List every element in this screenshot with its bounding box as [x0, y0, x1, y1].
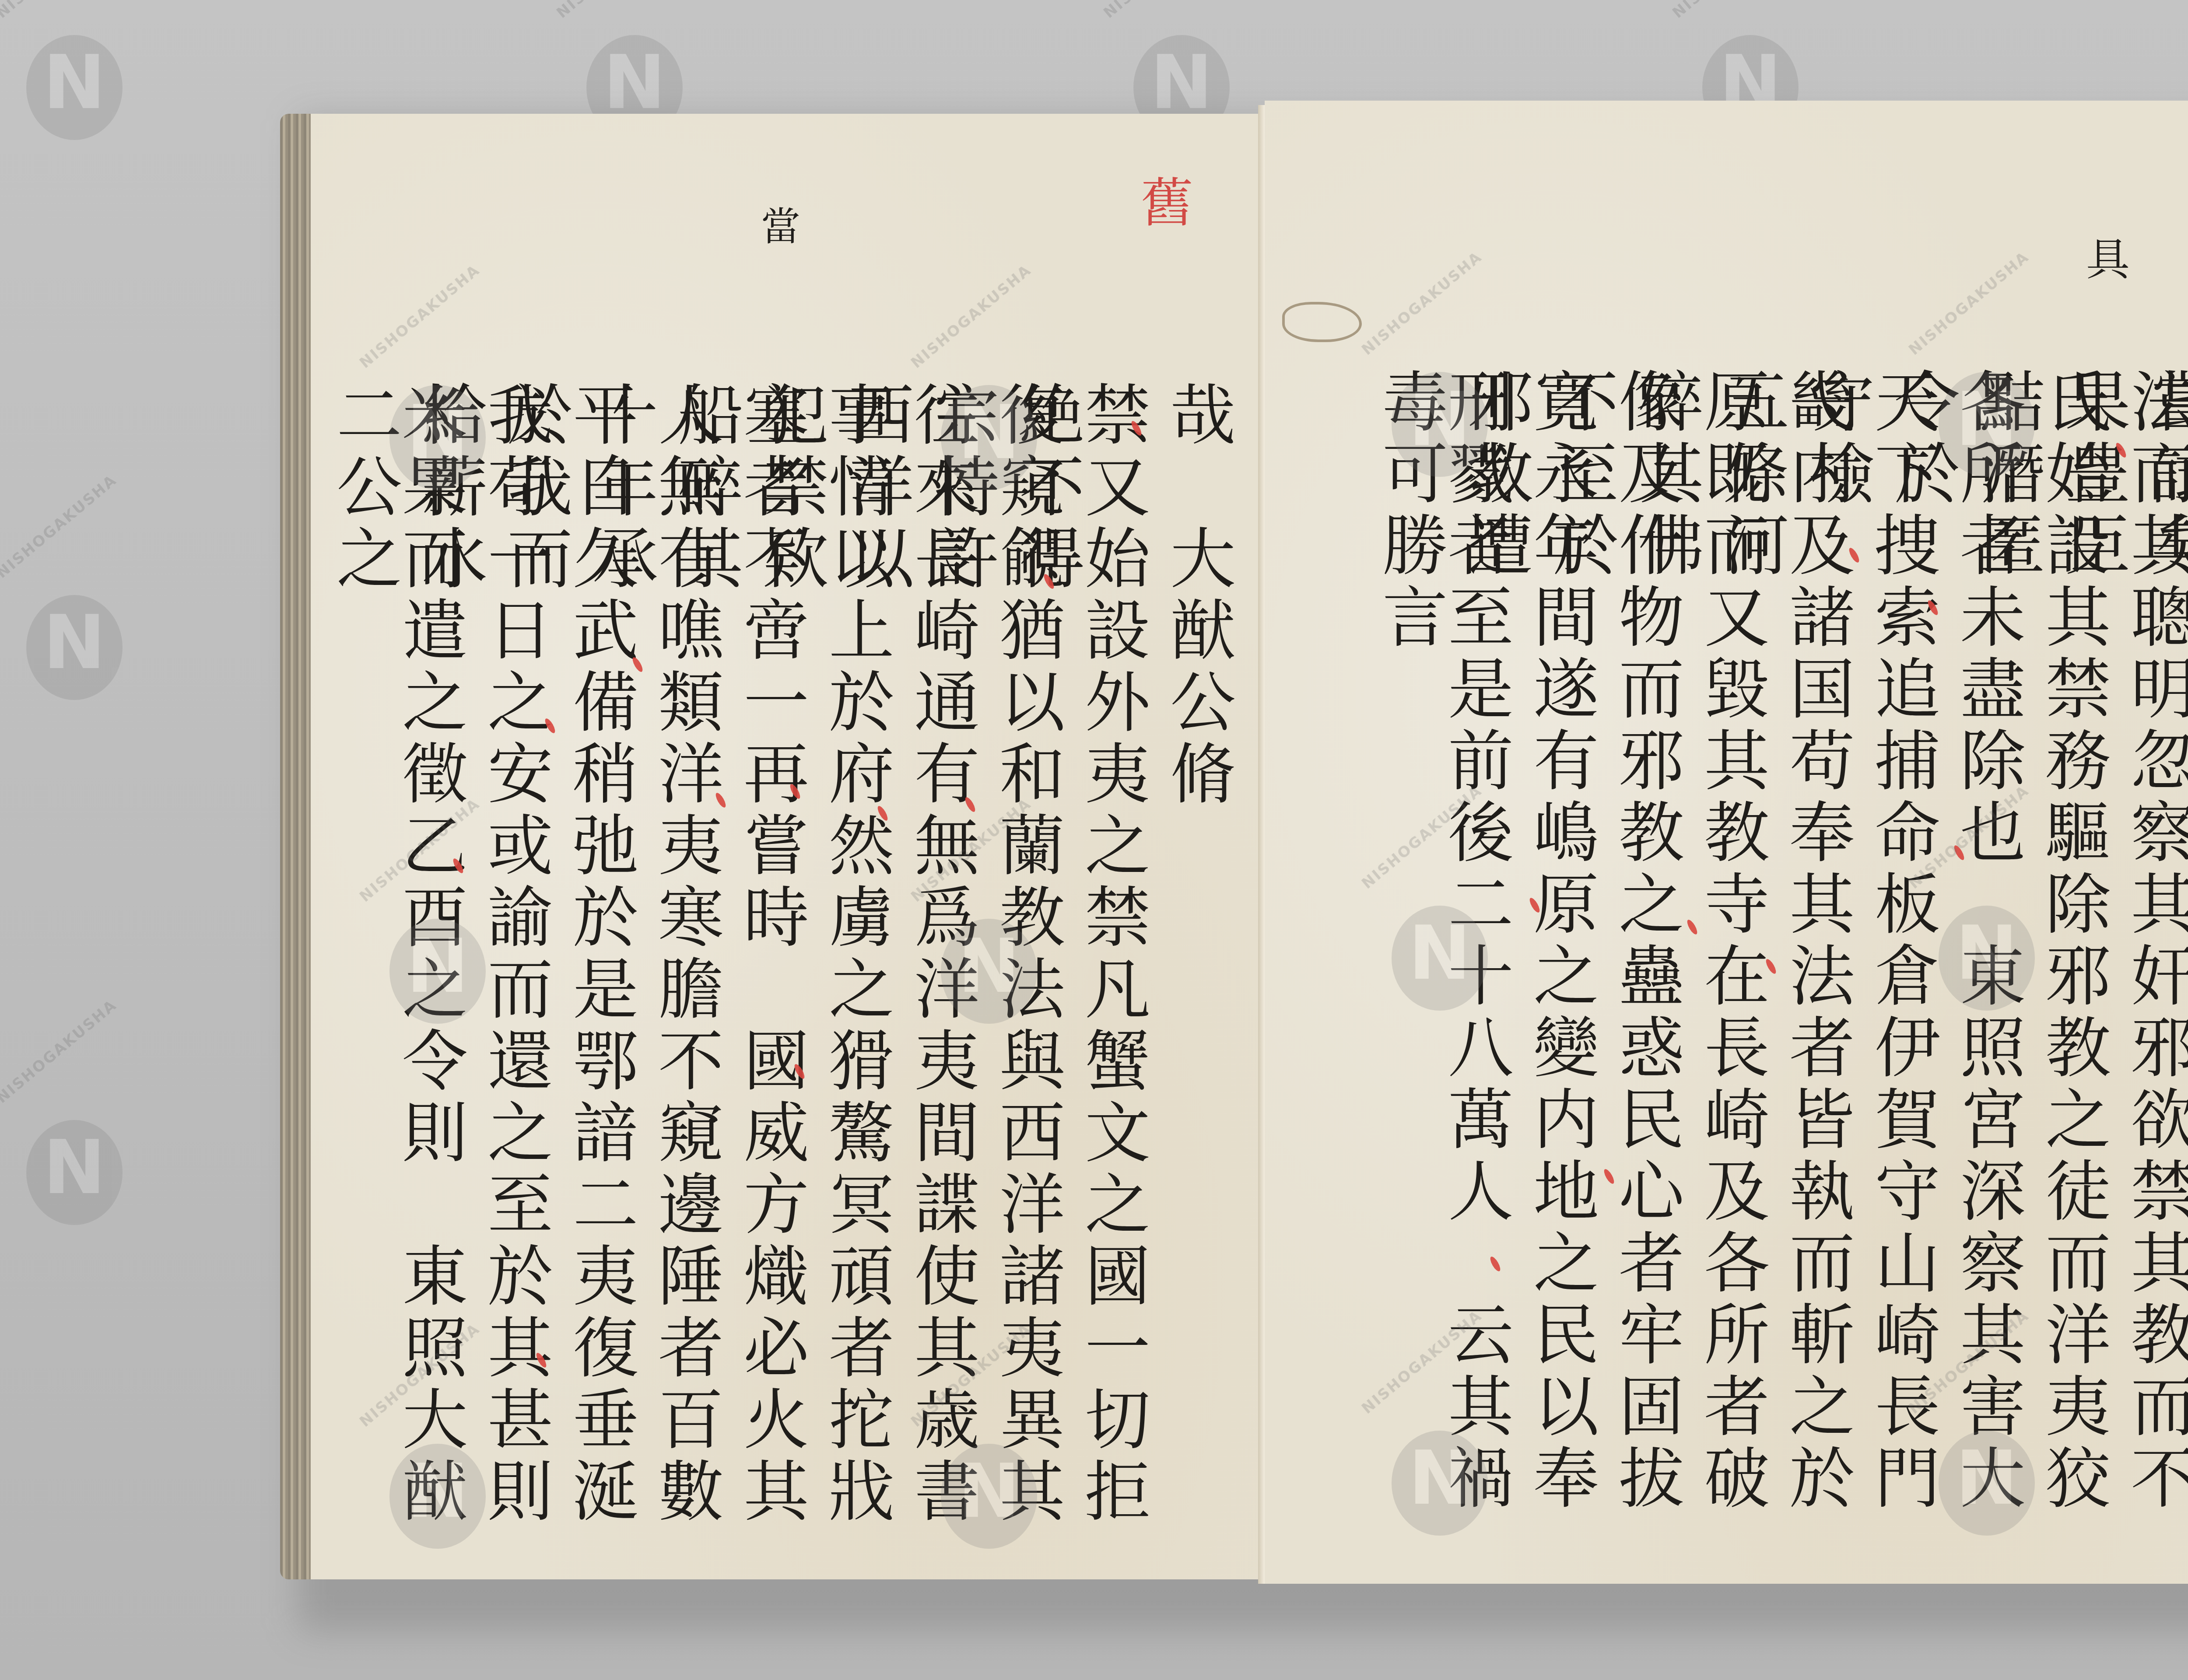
watermark-logo: NNISHOGAKUSHA [1374, 346, 1505, 477]
watermark-logo: NNISHOGAKUSHA [923, 1417, 1055, 1549]
right-text-columns: 津守亦奉其法而布之於国中織田氏亦嘗試矣 法而其聰明忽察其奸邪欲禁其教而不果豊臣 … [1422, 367, 2188, 1549]
watermark-logo: N NISHOGAKUSHA [9, 9, 140, 140]
text-column: 哉 大猷公脩 [1144, 381, 1230, 1562]
watermark-logo: NNISHOGAKUSHA [9, 1094, 140, 1225]
right-page: 具 津守亦奉其法而布之於国中織田氏亦嘗試矣 法而其聰明忽察其奸邪欲禁其教而不果豊… [1265, 101, 2188, 1584]
header-char: 當 [748, 206, 805, 245]
open-book: 舊 當 哉 大猷公脩 禁又始設外夷之禁凡蟹文之國一切拒絶不得 復窺覦猶以和蘭教法… [280, 101, 2188, 1597]
text-column: 禁又始設外夷之禁凡蟹文之國一切拒絶不得 [1059, 381, 1144, 1562]
watermark-logo: NNISHOGAKUSHA [1374, 1404, 1505, 1536]
watermark-logo: NNISHOGAKUSHA [372, 359, 503, 490]
text-column: 畿内及諸国苟奉其法者皆執而斬之於五條河 [1764, 367, 1849, 1549]
watermark-logo: NNISHOGAKUSHA [9, 569, 140, 700]
watermark-logo: NNISHOGAKUSHA [1374, 879, 1505, 1011]
watermark-logo: NNISHOGAKUSHA [1921, 346, 2052, 477]
watermark-logo: NNISHOGAKUSHA [923, 892, 1055, 1024]
watermark-logo: NNISHOGAKUSHA [923, 359, 1055, 490]
left-page: 舊 當 哉 大猷公脩 禁又始設外夷之禁凡蟹文之國一切拒絶不得 復窺覦猶以和蘭教法… [311, 114, 1266, 1579]
header-char-red: 舊 [1125, 175, 1200, 227]
watermark-logo: NNISHOGAKUSHA [1921, 879, 2052, 1011]
paper-damage [1282, 302, 1362, 342]
left-page-edges [280, 114, 315, 1579]
header-char: 具 [2072, 236, 2135, 280]
left-text-columns: 哉 大猷公脩 禁又始設外夷之禁凡蟹文之國一切拒絶不得 復窺覦猶以和蘭教法與西洋諸… [376, 381, 1230, 1562]
watermark-logo: NNISHOGAKUSHA [1921, 1404, 2052, 1536]
watermark-logo: NNISHOGAKUSHA [372, 892, 503, 1024]
watermark-logo: NNISHOGAKUSHA [372, 1417, 503, 1549]
